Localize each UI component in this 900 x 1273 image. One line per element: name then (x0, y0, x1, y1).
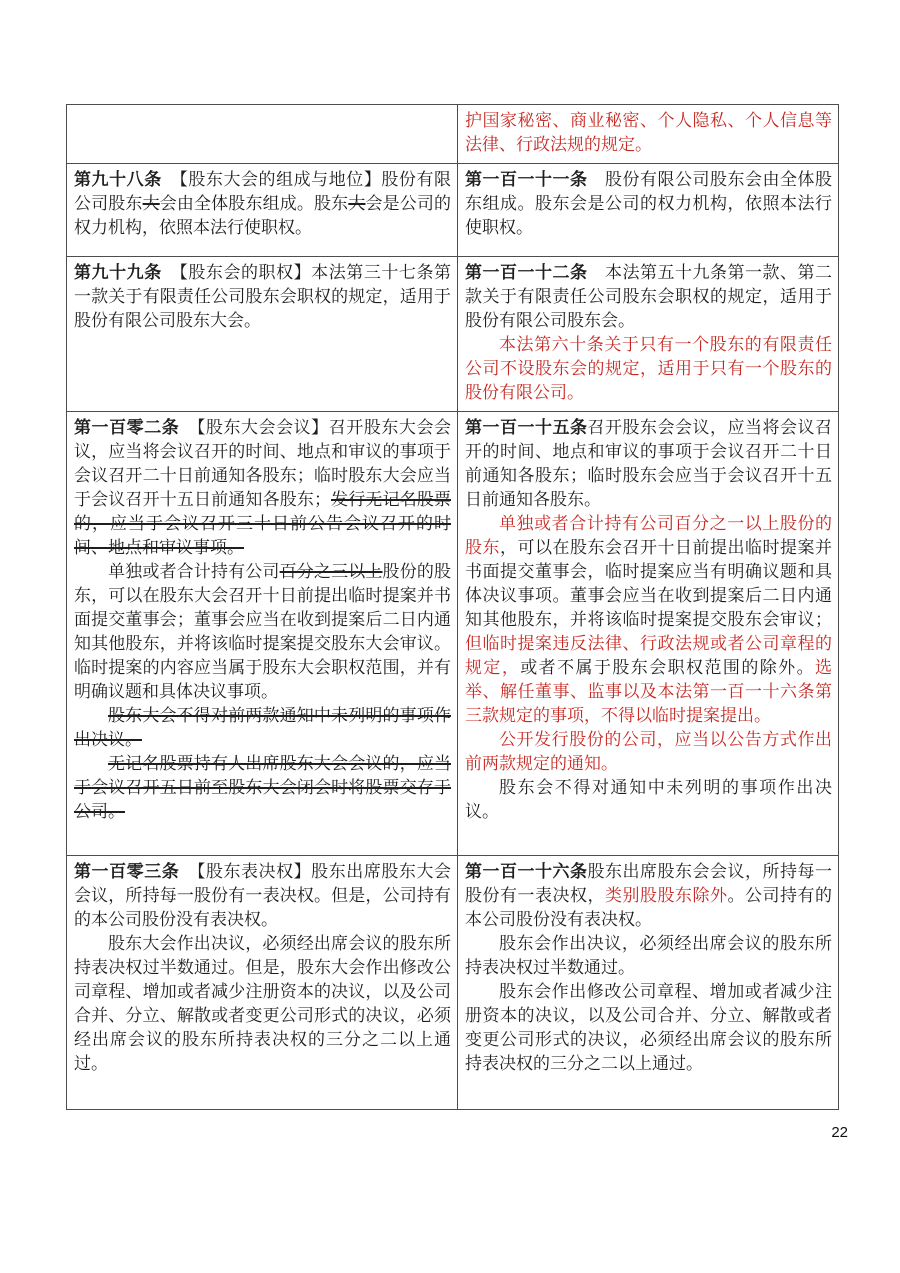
law-paragraph: 无记名股票持有人出席股东大会会议的，应当于会议召开五日前至股东大会闭会时将股票交… (74, 752, 451, 824)
law-paragraph: 股东会不得对通知中未列明的事项作出决议。 (465, 776, 832, 824)
new-law-cell: 第一百一十五条召开股东会会议，应当将会议召开的时间、地点和审议的事项于会议召开二… (458, 412, 839, 856)
law-paragraph: 单独或者合计持有公司百分之一以上股份的股东，可以在股东会召开十日前提出临时提案并… (465, 512, 832, 728)
law-paragraph: 第一百一十二条 本法第五十九条第一款、第二款关于有限责任公司股东会职权的规定，适… (465, 261, 832, 333)
law-paragraph: 第一百零二条 【股东大会会议】召开股东大会会议，应当将会议召开的时间、地点和审议… (74, 416, 451, 560)
law-text-segment: 第一百一十一条 (465, 170, 588, 189)
table-row: 第一百零二条 【股东大会会议】召开股东大会会议，应当将会议召开的时间、地点和审议… (67, 412, 839, 856)
law-paragraph: 第九十八条 【股东大会的组成与地位】股份有限公司股东大会由全体股东组成。股东大会… (74, 168, 451, 240)
new-law-cell: 护国家秘密、商业秘密、个人隐私、个人信息等法律、行政法规的规定。 (458, 105, 839, 164)
new-law-cell: 第一百一十二条 本法第五十九条第一款、第二款关于有限责任公司股东会职权的规定，适… (458, 257, 839, 412)
table-row: 护国家秘密、商业秘密、个人隐私、个人信息等法律、行政法规的规定。 (67, 105, 839, 164)
law-paragraph: 股东会作出修改公司章程、增加或者减少注册资本的决议，以及公司合并、分立、解散或者… (465, 980, 832, 1076)
new-law-cell: 第一百一十六条股东出席股东会会议，所持每一股份有一表决权，类别股股东除外。公司持… (458, 856, 839, 1110)
old-law-cell: 第一百零三条 【股东表决权】股东出席股东大会会议，所持每一股份有一表决权。但是，… (67, 856, 458, 1110)
law-paragraph: 本法第六十条关于只有一个股东的有限责任公司不设股东会的规定，适用于只有一个股东的… (465, 333, 832, 405)
law-comparison-table: 护国家秘密、商业秘密、个人隐私、个人信息等法律、行政法规的规定。第九十八条 【股… (66, 104, 839, 1110)
law-text-segment: 第一百零二条 (74, 418, 179, 437)
law-paragraph: 股东大会作出决议，必须经出席会议的股东所持表决权过半数通过。但是，股东大会作出修… (74, 932, 451, 1076)
law-table-body: 护国家秘密、商业秘密、个人隐私、个人信息等法律、行政法规的规定。第九十八条 【股… (67, 105, 839, 1110)
law-text-segment: 大 (143, 194, 160, 213)
law-paragraph: 第一百一十六条股东出席股东会会议，所持每一股份有一表决权，类别股股东除外。公司持… (465, 860, 832, 932)
law-text-segment: 股东会不得对通知中未列明的事项作出决议。 (465, 778, 832, 821)
law-text-segment: 股东大会不得对前两款通知中未列明的事项作出决议。 (74, 706, 451, 749)
law-paragraph: 第一百零三条 【股东表决权】股东出席股东大会会议，所持每一股份有一表决权。但是，… (74, 860, 451, 932)
law-paragraph: 公开发行股份的公司，应当以公告方式作出前两款规定的通知。 (465, 728, 832, 776)
page-number: 22 (831, 1124, 848, 1141)
law-text-segment: 股东大会作出决议，必须经出席会议的股东所持表决权过半数通过。但是，股东大会作出修… (74, 934, 451, 1073)
law-text-segment: 股东会作出决议，必须经出席会议的股东所持表决权过半数通过。 (465, 934, 832, 977)
law-text-segment: 类别股股东除外 (605, 886, 728, 905)
law-text-segment: ，可以在股东会召开十日前提出临时提案并书面提交董事会，临时提案应当有明确议题和具… (465, 538, 832, 629)
law-text-segment: 第一百零三条 (74, 862, 179, 881)
law-text-segment: 单独或者合计持有公司 (108, 562, 280, 581)
law-paragraph: 第一百一十一条 股份有限公司股东会由全体股东组成。股东会是公司的权力机构，依照本… (465, 168, 832, 240)
law-text-segment: 第九十九条 (74, 263, 162, 282)
law-text-segment: 护国家秘密、商业秘密、个人隐私、个人信息等法律、行政法规的规定。 (465, 111, 832, 154)
old-law-cell: 第九十九条 【股东会的职权】本法第三十七条第一款关于有限责任公司股东会职权的规定… (67, 257, 458, 412)
law-paragraph: 股东大会不得对前两款通知中未列明的事项作出决议。 (74, 704, 451, 752)
law-paragraph: 第九十九条 【股东会的职权】本法第三十七条第一款关于有限责任公司股东会职权的规定… (74, 261, 451, 333)
law-text-segment: 大 (348, 194, 365, 213)
law-paragraph: 单独或者合计持有公司百分之三以上股份的股东，可以在股东大会召开十日前提出临时提案… (74, 560, 451, 704)
law-text-segment: 第一百一十五条 (465, 418, 588, 437)
law-paragraph: 护国家秘密、商业秘密、个人隐私、个人信息等法律、行政法规的规定。 (465, 109, 832, 157)
law-text-segment: 股份的股东，可以在股东大会召开十日前提出临时提案并书面提交董事会；董事会应当在收… (74, 562, 451, 701)
law-text-segment: 百分之三以上 (280, 562, 383, 581)
old-law-cell: 第九十八条 【股东大会的组成与地位】股份有限公司股东大会由全体股东组成。股东大会… (67, 164, 458, 257)
table-row: 第一百零三条 【股东表决权】股东出席股东大会会议，所持每一股份有一表决权。但是，… (67, 856, 839, 1110)
law-text-segment: 无记名股票持有人出席股东大会会议的，应当于会议召开五日前至股东大会闭会时将股票交… (74, 754, 451, 821)
old-law-cell (67, 105, 458, 164)
law-text-segment: 本法第六十条关于只有一个股东的有限责任公司不设股东会的规定，适用于只有一个股东的… (465, 335, 832, 402)
table-row: 第九十九条 【股东会的职权】本法第三十七条第一款关于有限责任公司股东会职权的规定… (67, 257, 839, 412)
table-row: 第九十八条 【股东大会的组成与地位】股份有限公司股东大会由全体股东组成。股东大会… (67, 164, 839, 257)
law-text-segment: 股东会作出修改公司章程、增加或者减少注册资本的决议，以及公司合并、分立、解散或者… (465, 982, 832, 1073)
law-text-segment: 或者不属于股东会职权范围的除外。 (520, 658, 815, 677)
law-paragraph: 第一百一十五条召开股东会会议，应当将会议召开的时间、地点和审议的事项于会议召开二… (465, 416, 832, 512)
law-text-segment: 第一百一十六条 (465, 862, 588, 881)
old-law-cell: 第一百零二条 【股东大会会议】召开股东大会会议，应当将会议召开的时间、地点和审议… (67, 412, 458, 856)
law-text-segment: 会由全体股东组成。股东 (160, 194, 349, 213)
law-text-segment: 公开发行股份的公司，应当以公告方式作出前两款规定的通知。 (465, 730, 832, 773)
new-law-cell: 第一百一十一条 股份有限公司股东会由全体股东组成。股东会是公司的权力机构，依照本… (458, 164, 839, 257)
law-text-segment: 第一百一十二条 (465, 263, 588, 282)
law-text-segment: 第九十八条 (74, 170, 162, 189)
law-paragraph: 股东会作出决议，必须经出席会议的股东所持表决权过半数通过。 (465, 932, 832, 980)
